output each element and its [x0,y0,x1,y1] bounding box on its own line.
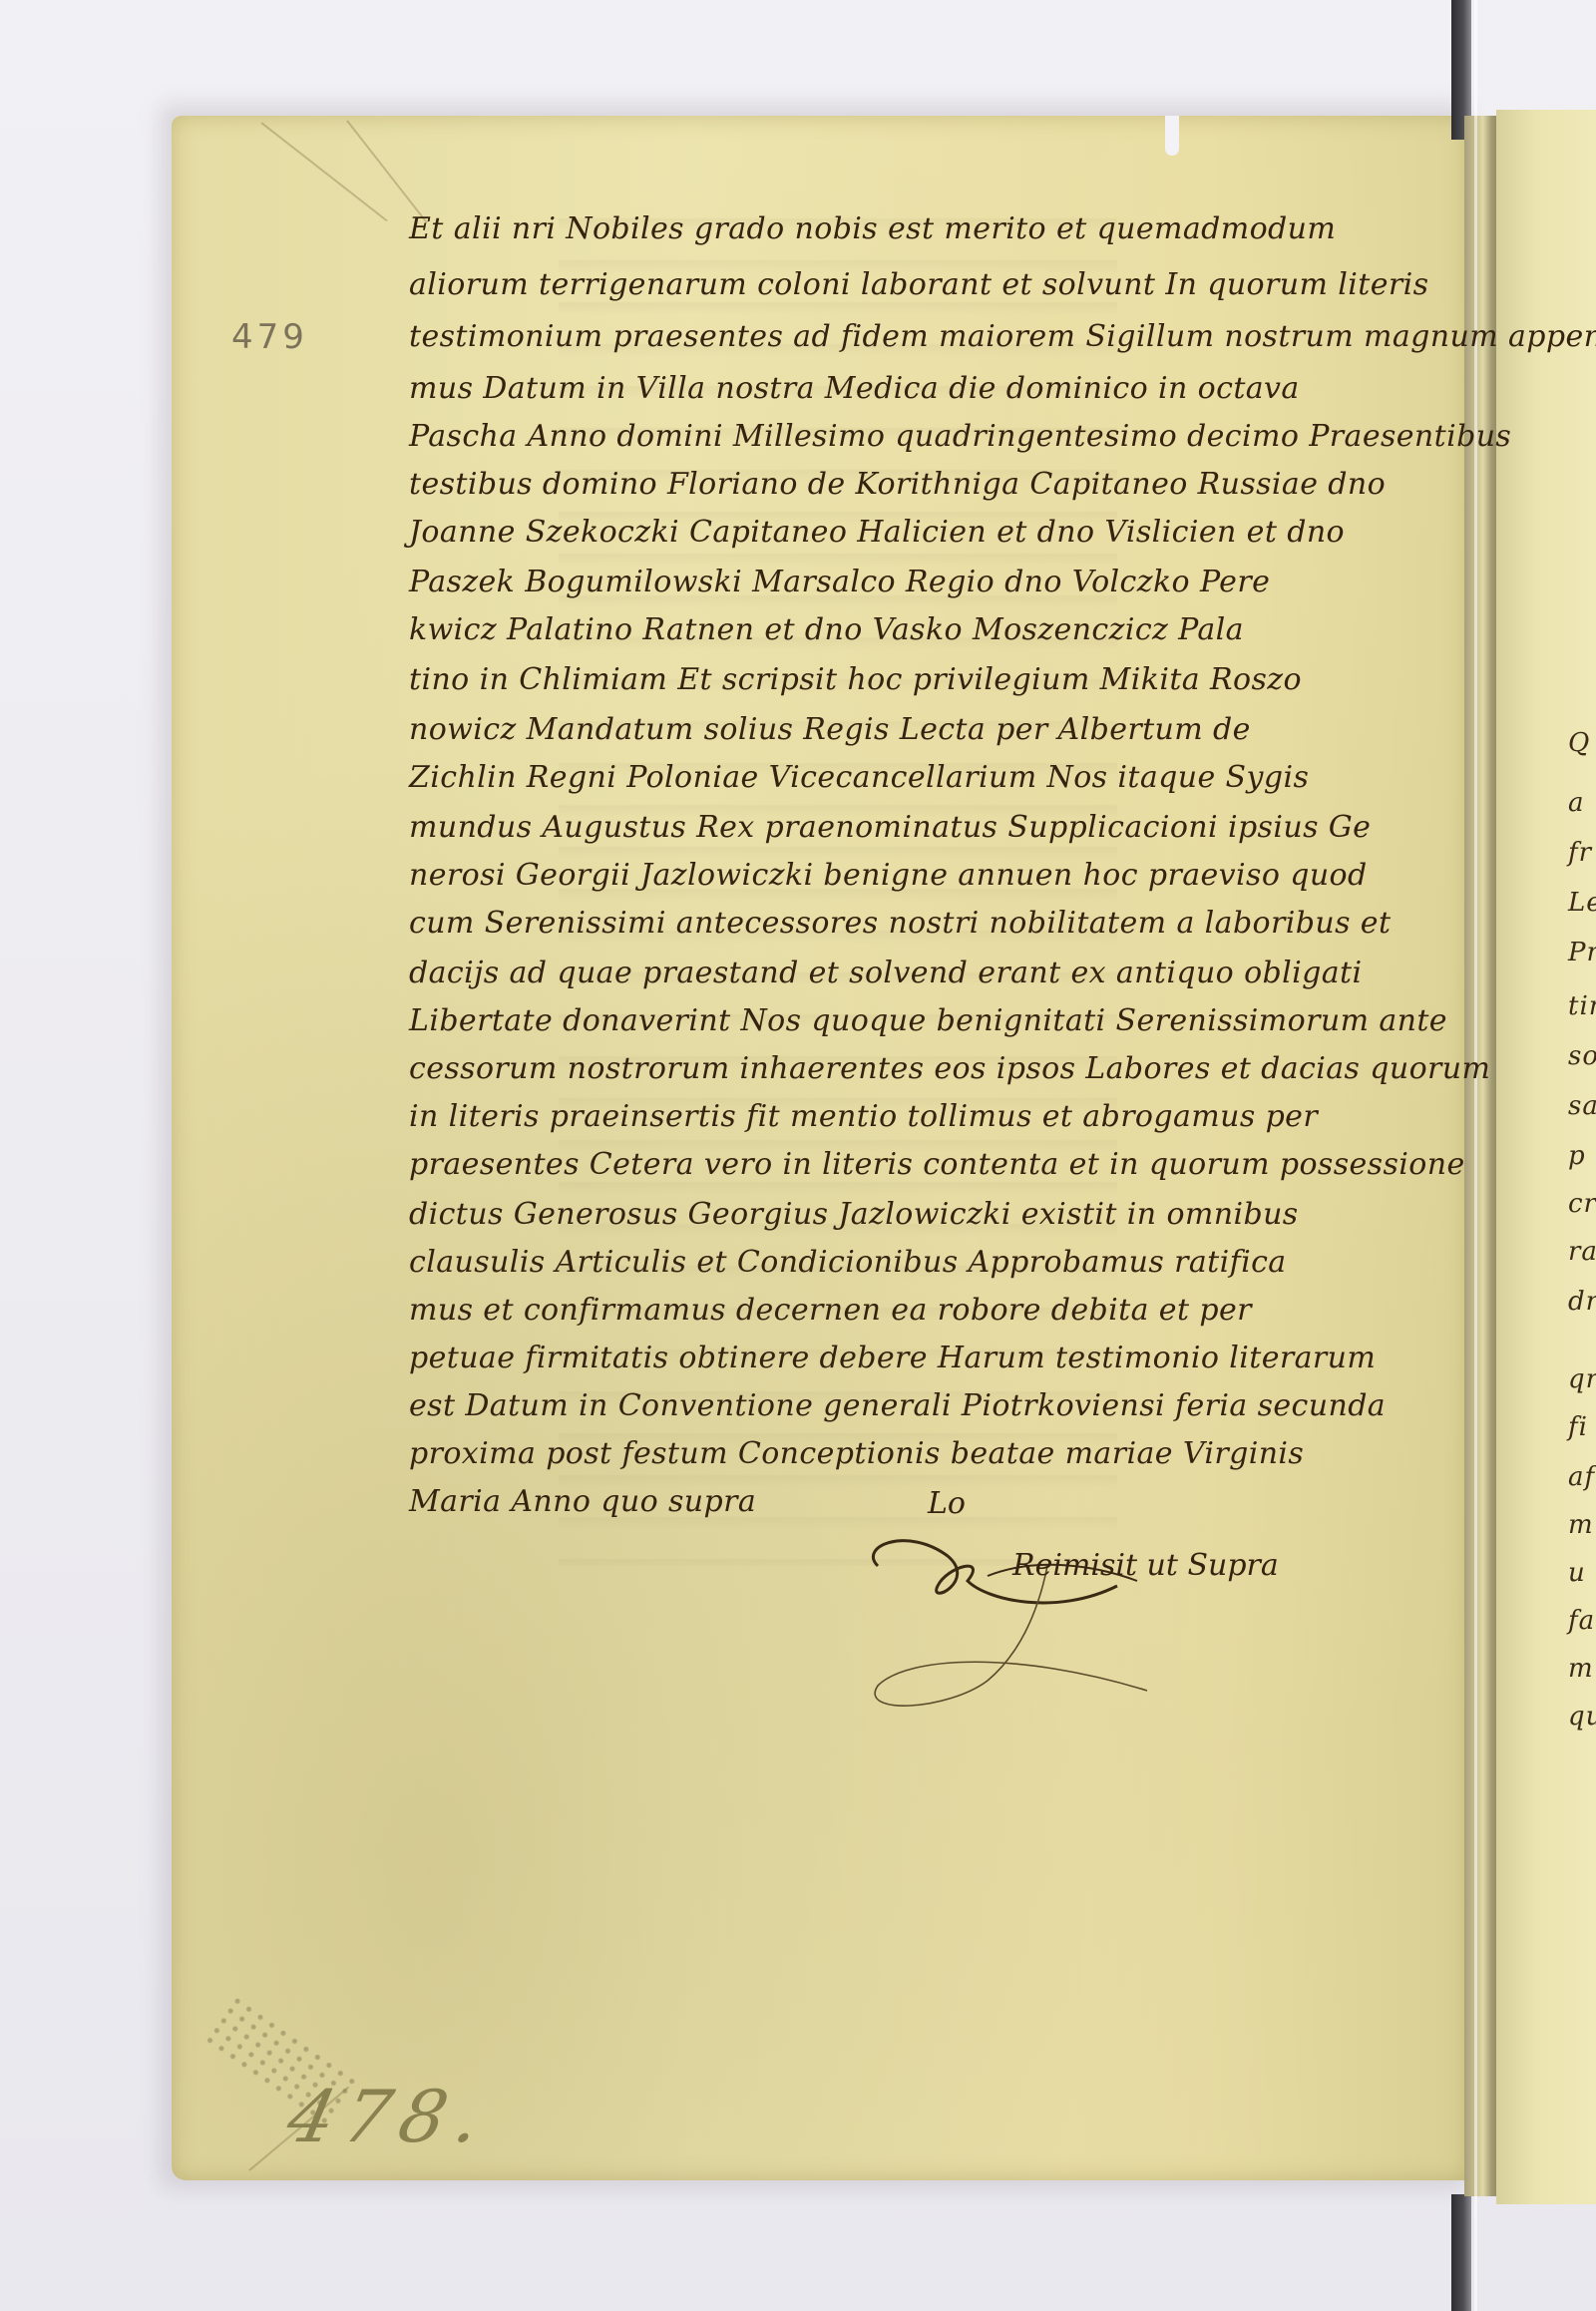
text-line: clausulis Articulis et Condicionibus App… [409,1245,1287,1280]
text-fragment: Pr [1568,938,1596,967]
text-fragment: sa [1568,1091,1596,1121]
text-line: Joanne Szekoczki Capitaneo Halicien et d… [409,515,1345,550]
text-line: testibus domino Floriano de Korithniga C… [409,467,1386,502]
text-fragment: qu [1568,1702,1596,1732]
text-line: nowicz Mandatum solius Regis Lecta per A… [409,712,1251,747]
text-fragment: m [1568,1510,1594,1540]
text-line: petuae firmitatis obtinere debere Harum … [409,1341,1376,1375]
text-fragment: p [1568,1141,1586,1171]
text-line: kwicz Palatino Ratnen et dno Vasko Mosze… [409,612,1244,647]
signature-flourish-icon [838,1486,1317,1726]
text-fragment: ra [1568,1237,1596,1267]
signature-text: Reimisit ut Supra [1012,1548,1279,1583]
text-fragment: u [1568,1558,1586,1588]
text-line: aliorum terrigenarum coloni laborant et … [409,267,1428,302]
text-fragment: fa [1568,1606,1595,1636]
text-line: cum Serenissimi antecessores nostri nobi… [409,906,1391,941]
text-fragment: Le [1568,888,1596,918]
text-line: Et alii nri Nobiles grado nobis est meri… [409,211,1336,246]
text-line: mus Datum in Villa nostra Medica die dom… [409,371,1300,406]
text-fragment: sol [1568,1041,1596,1071]
text-line: dictus Generosus Georgius Jazlowiczki ex… [409,1197,1299,1232]
text-fragment: cr [1568,1189,1596,1219]
text-line: Zichlin Regni Poloniae Vicecancellarium … [409,760,1309,795]
text-line: cessorum nostrorum inhaerentes eos ipsos… [409,1051,1490,1086]
text-fragment: af [1568,1462,1595,1492]
text-line: Maria Anno quo supra [409,1484,756,1519]
text-fragment: Q [1568,728,1590,758]
text-line: Libertate donaverint Nos quoque benignit… [409,1003,1447,1038]
folio-number-bottom: 478. [280,2075,498,2158]
text-fragment: fi [1568,1412,1588,1442]
text-line: proxima post festum Conceptionis beatae … [409,1436,1304,1471]
signature-block: Reimisit ut Supra [838,1486,1317,1726]
text-line: dacijs ad quae praestand et solvend eran… [409,956,1362,990]
text-line: Pascha Anno domini Millesimo quadringent… [409,419,1511,454]
binding-spine-bottom [1451,2194,1471,2311]
text-line: testimonium praesentes ad fidem maiorem … [409,319,1596,354]
text-fragment: qr [1568,1364,1596,1394]
text-line: Paszek Bogumilowski Marsalco Regio dno V… [409,565,1270,599]
text-fragment: dr [1568,1287,1596,1317]
text-line: mus et confirmamus decernen ea robore de… [409,1293,1252,1328]
text-line: tino in Chlimiam Et scripsit hoc privile… [409,662,1302,697]
text-fragment: tin [1568,991,1596,1021]
text-line: est Datum in Conventione generali Piotrk… [409,1388,1386,1423]
folio-number-top: 479 [231,317,308,357]
text-line: mundus Augustus Rex praenominatus Suppli… [409,810,1371,845]
text-line: praesentes Cetera vero in literis conten… [409,1147,1465,1182]
page-tear [1165,116,1179,156]
text-fragment: a [1568,788,1585,818]
text-line: in literis praeinsertis fit mentio tolli… [409,1099,1318,1134]
text-fragment: m [1568,1654,1594,1684]
text-fragment: fr [1568,838,1592,868]
text-line: nerosi Georgii Jazlowiczki benigne annue… [409,858,1368,893]
